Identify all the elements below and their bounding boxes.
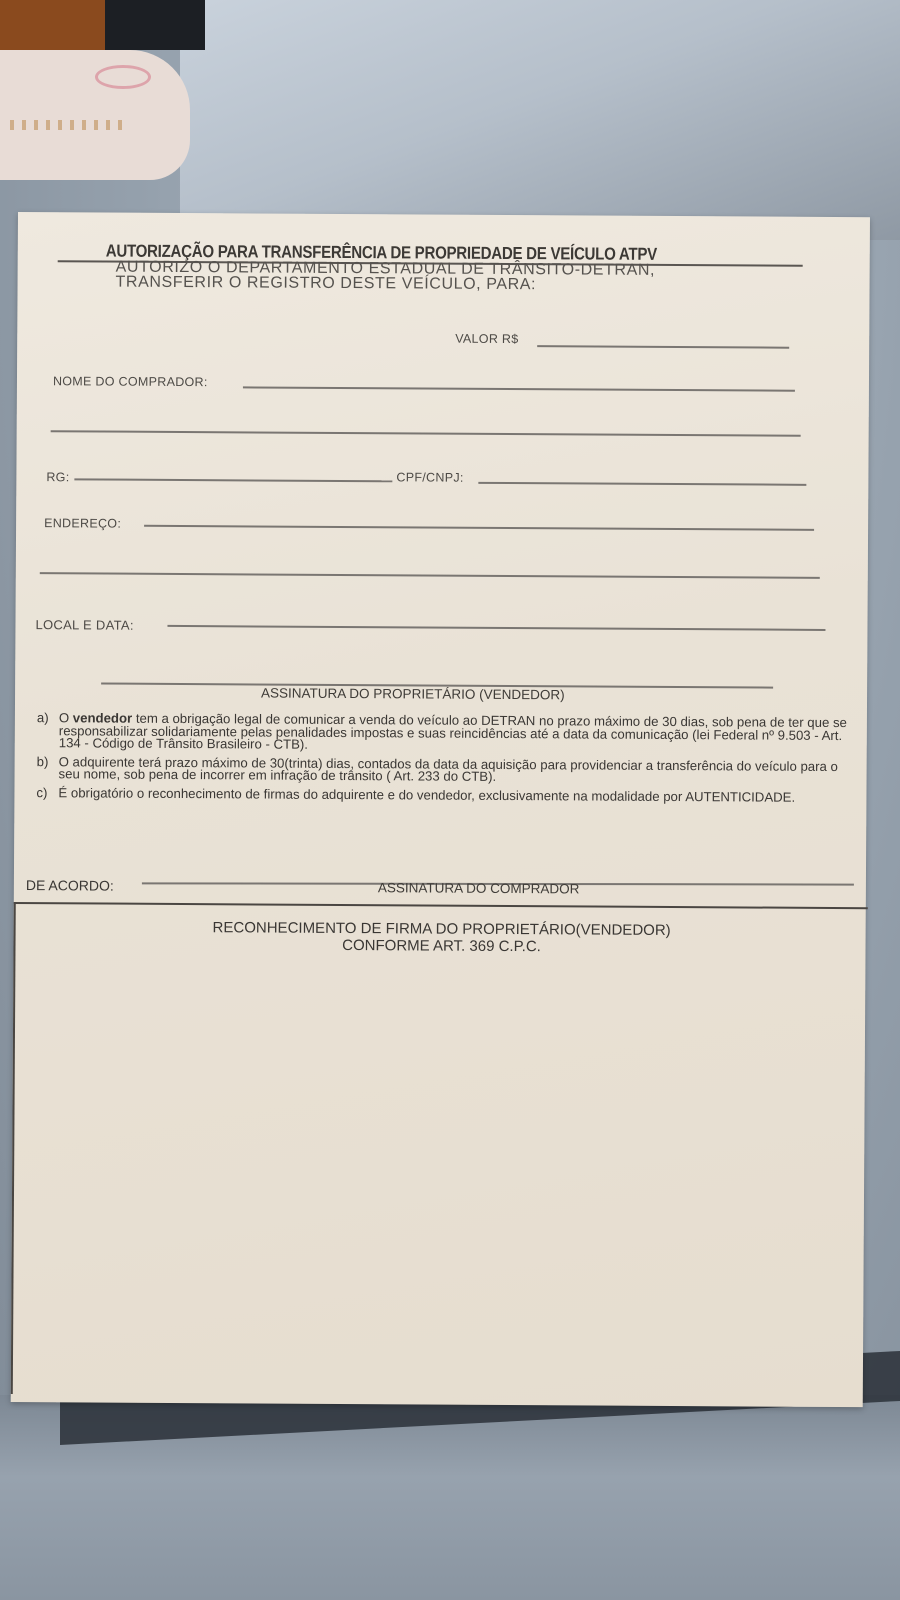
note-marker: c) — [36, 787, 47, 800]
cpf-field[interactable] — [478, 482, 806, 486]
rg-label: RG: — [46, 470, 69, 484]
note-text: É obrigatório o reconhecimento de firmas… — [58, 785, 795, 804]
note-text: O adquirente terá prazo máximo de 30(tri… — [59, 754, 838, 784]
nome-field[interactable] — [243, 386, 795, 391]
valor-label: VALOR R$ — [455, 332, 518, 346]
legal-notes: a) O vendedor tem a obrigação legal de c… — [36, 712, 857, 810]
buyer-signature-label: ASSINATURA DO COMPRADOR — [378, 880, 580, 896]
valor-field[interactable] — [537, 345, 789, 349]
endereco-field[interactable] — [144, 525, 814, 531]
local-data-field[interactable] — [167, 625, 825, 631]
de-acordo-label: DE ACORDO: — [26, 877, 114, 894]
note-marker: b) — [37, 756, 49, 769]
endereco-label: ENDEREÇO: — [44, 516, 121, 530]
cpf-label: CPF/CNPJ: — [396, 470, 463, 484]
rg-field[interactable] — [74, 478, 392, 482]
pillow — [0, 50, 190, 180]
pillow-dots — [10, 120, 130, 130]
note-a: a) O vendedor tem a obrigação legal de c… — [37, 712, 857, 755]
notary-recognition-box: RECONHECIMENTO DE FIRMA DO PROPRIETÁRIO(… — [11, 902, 868, 1399]
blanket-background — [180, 0, 900, 240]
form-subtitle: AUTORIZO O DEPARTAMENTO ESTADUAL DE TRÂN… — [116, 260, 656, 293]
seller-signature-label: ASSINATURA DO PROPRIETÁRIO (VENDEDOR) — [261, 685, 565, 702]
local-data-label: LOCAL E DATA: — [35, 617, 133, 633]
pillow-pattern — [95, 65, 151, 89]
note-text: tem a obrigação legal de comunicar a ven… — [59, 711, 847, 752]
endereco-field-line-2[interactable] — [40, 572, 820, 579]
note-b: b) O adquirente terá prazo máximo de 30(… — [37, 756, 857, 786]
dark-background — [105, 0, 205, 50]
nome-field-line-2[interactable] — [51, 430, 801, 437]
notary-box-title: RECONHECIMENTO DE FIRMA DO PROPRIETÁRIO(… — [15, 918, 867, 957]
note-c: c) É obrigatório o reconhecimento de fir… — [36, 787, 856, 805]
nome-label: NOME DO COMPRADOR: — [53, 374, 208, 389]
atpv-form: AUTORIZAÇÃO PARA TRANSFERÊNCIA DE PROPRI… — [11, 212, 870, 1407]
note-marker: a) — [37, 712, 49, 725]
